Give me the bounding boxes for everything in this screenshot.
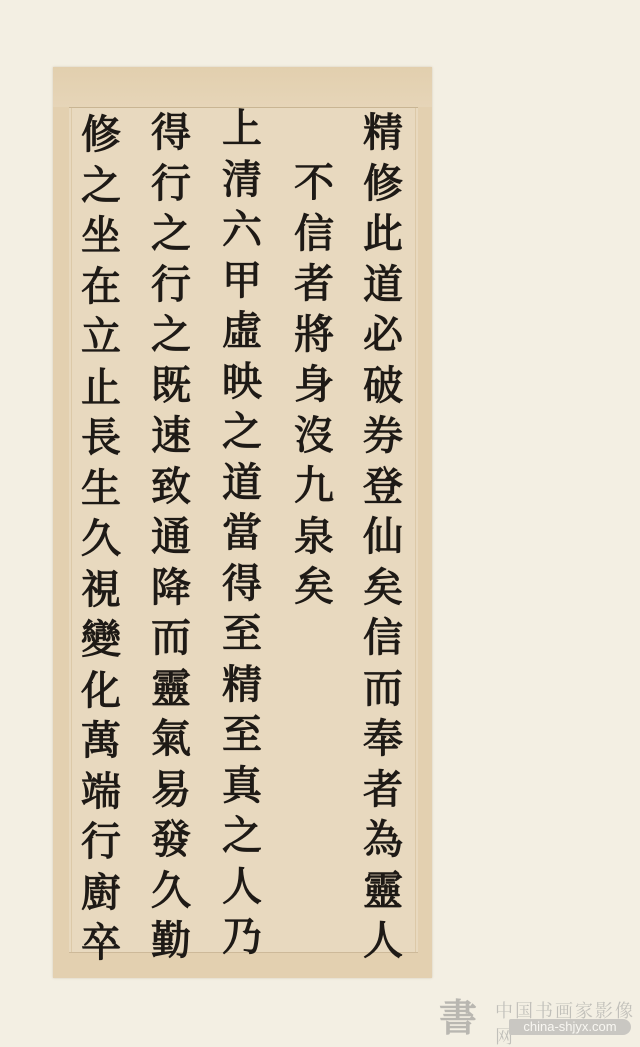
calligraphy-character: 至	[222, 609, 262, 660]
calligraphy-character: 當	[222, 508, 262, 559]
calligraphy-character: 至	[222, 710, 262, 761]
calligraphy-character: 精	[222, 660, 262, 711]
calligraphy-character: 九	[294, 461, 334, 512]
calligraphy-character: 乃	[222, 912, 262, 963]
calligraphy-character: 矣	[363, 563, 403, 614]
calligraphy-character: 降	[151, 563, 191, 614]
scroll-top-mount	[53, 67, 432, 107]
calligraphy-character: 之	[81, 161, 121, 212]
text-column-2: 不信者將身沒九泉矣	[284, 158, 344, 613]
calligraphy-character: 券	[363, 411, 403, 462]
calligraphy-character: 沒	[294, 411, 334, 462]
calligraphy-character: 上	[222, 104, 262, 155]
calligraphy-character: 易	[151, 765, 191, 816]
calligraphy-character: 行	[151, 159, 191, 210]
calligraphy-character: 泉	[294, 512, 334, 563]
calligraphy-character: 真	[222, 761, 262, 812]
calligraphy-character: 速	[151, 411, 191, 462]
text-column-1: 精修此道必破券登仙矣信而奉者為靈人	[353, 108, 413, 967]
watermark-url: china-shjyx.com	[509, 1019, 631, 1035]
calligraphy-character: 六	[222, 205, 262, 256]
calligraphy-character: 變	[81, 615, 121, 666]
calligraphy-character: 視	[81, 565, 121, 616]
calligraphy-character: 在	[81, 262, 121, 313]
calligraphy-character: 道	[222, 458, 262, 509]
calligraphy-character: 身	[294, 360, 334, 411]
calligraphy-character: 映	[222, 357, 262, 408]
calligraphy-character: 精	[363, 108, 403, 159]
calligraphy-character: 之	[151, 209, 191, 260]
calligraphy-character: 坐	[81, 211, 121, 262]
calligraphy-character: 卒	[81, 918, 121, 969]
calligraphy-character: 而	[363, 664, 403, 715]
calligraphy-character: 為	[363, 815, 403, 866]
text-column-3: 上清六甲虛映之道當得至精至真之人乃	[212, 104, 272, 963]
calligraphy-character: 甲	[222, 256, 262, 307]
calligraphy-character: 行	[151, 260, 191, 311]
calligraphy-scroll: 精修此道必破券登仙矣信而奉者為靈人 不信者將身沒九泉矣 上清六甲虛映之道當得至精…	[53, 67, 432, 978]
calligraphy-character: 將	[294, 310, 334, 361]
calligraphy-character: 仙	[363, 512, 403, 563]
calligraphy-character: 者	[363, 765, 403, 816]
calligraphy-character: 者	[294, 259, 334, 310]
calligraphy-character: 端	[81, 767, 121, 818]
calligraphy-character: 立	[81, 312, 121, 363]
calligraphy-character: 靈	[151, 664, 191, 715]
calligraphy-character: 止	[81, 363, 121, 414]
calligraphy-character: 得	[151, 108, 191, 159]
calligraphy-character: 人	[222, 862, 262, 913]
calligraphy-character: 致	[151, 462, 191, 513]
calligraphy-character: 必	[363, 310, 403, 361]
calligraphy-character: 信	[294, 209, 334, 260]
calligraphy-character: 久	[151, 866, 191, 917]
calligraphy-character: 靈	[363, 866, 403, 917]
calligraphy-character: 發	[151, 815, 191, 866]
calligraphy-character: 修	[81, 110, 121, 161]
calligraphy-character: 不	[294, 158, 334, 209]
watermark-url-bar: china-shjyx.com	[509, 1019, 631, 1035]
calligraphy-character: 生	[81, 464, 121, 515]
calligraphy-character: 此	[363, 209, 403, 260]
calligraphy-character: 通	[151, 512, 191, 563]
calligraphy-character: 虛	[222, 306, 262, 357]
calligraphy-character: 得	[222, 559, 262, 610]
calligraphy-character: 行	[81, 817, 121, 868]
calligraphy-character: 道	[363, 260, 403, 311]
calligraphy-character: 信	[363, 613, 403, 664]
text-column-4: 得行之行之既速致通降而靈氣易發久勤	[141, 108, 201, 967]
calligraphy-character: 登	[363, 462, 403, 513]
calligraphy-character: 之	[222, 407, 262, 458]
calligraphy-character: 化	[81, 666, 121, 717]
calligraphy-character: 奉	[363, 714, 403, 765]
calligraphy-character: 而	[151, 613, 191, 664]
calligraphy-character: 之	[222, 811, 262, 862]
calligraphy-character: 勤	[151, 916, 191, 967]
calligraphy-character: 人	[363, 916, 403, 967]
calligraphy-character: 破	[363, 361, 403, 412]
border-line-right	[415, 108, 416, 952]
calligraphy-character: 長	[81, 413, 121, 464]
calligraphy-character: 修	[363, 159, 403, 210]
calligraphy-character: 清	[222, 155, 262, 206]
watermark-logo-icon: 書	[439, 995, 485, 1041]
calligraphy-paper: 精修此道必破券登仙矣信而奉者為靈人 不信者將身沒九泉矣 上清六甲虛映之道當得至精…	[69, 107, 418, 953]
calligraphy-character: 矣	[294, 562, 334, 613]
calligraphy-character: 氣	[151, 714, 191, 765]
calligraphy-character: 之	[151, 310, 191, 361]
calligraphy-character: 萬	[81, 716, 121, 767]
text-column-5: 修之坐在立止長生久視變化萬端行廚卒	[71, 110, 131, 969]
site-watermark: 書 中国书画家影像网 china-shjyx.com	[437, 995, 637, 1043]
calligraphy-character: 久	[81, 514, 121, 565]
calligraphy-character: 廚	[81, 868, 121, 919]
calligraphy-character: 既	[151, 361, 191, 412]
